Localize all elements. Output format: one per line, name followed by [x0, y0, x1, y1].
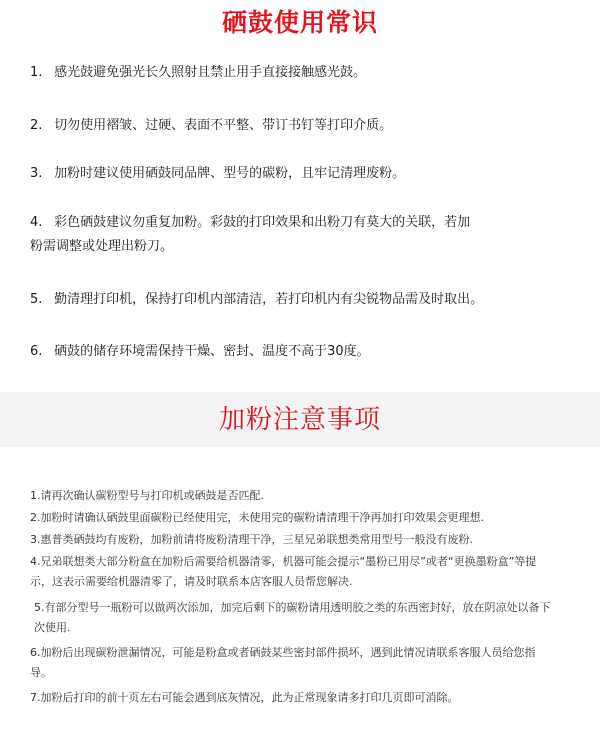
item-text: 切勿使用褶皱、过硬、表面不平整、带订书钉等打印介质。	[54, 118, 392, 133]
item-number: 6.	[30, 341, 50, 363]
list-item: 4. 彩色硒鼓建议勿重复加粉。彩鼓的打印效果和出粉刀有莫大的关联，若加 粉需调整…	[30, 212, 570, 258]
item-text: 彩色硒鼓建议勿重复加粉。彩鼓的打印效果和出粉刀有莫大的关联，若加	[54, 215, 470, 230]
item-text: 加粉时建议使用硒鼓同品牌、型号的碳粉，且牢记清理废粉。	[54, 166, 405, 181]
list-item: 6. 硒鼓的储存环境需保持干燥、密封、温度不高于30度。	[30, 341, 570, 363]
list-item: 5. 勤清理打印机，保持打印机内部清洁，若打印机内有尖锐物品需及时取出。	[30, 289, 570, 311]
list-item: 2. 切勿使用褶皱、过硬、表面不平整、带订书钉等打印介质。	[30, 115, 570, 137]
list-item: 4.兄弟联想类大部分粉盒在加粉后需要给机器清零，机器可能会提示“墨粉已用尽”或者…	[30, 552, 555, 592]
item-number: 1.	[30, 62, 50, 84]
section-title-refill-notes: 加粉注意事项	[0, 402, 600, 438]
section-title-drum-usage: 硒鼓使用常识	[0, 6, 600, 40]
list-item: 5.有部分型号一瓶粉可以做两次添加，加完后剩下的碳粉请用透明胶之类的东西密封好，…	[34, 598, 559, 638]
item-text: 硒鼓的储存环境需保持干燥、密封、温度不高于30度。	[54, 344, 370, 359]
item-number: 3.	[30, 163, 50, 185]
list-item: 6.加粉后出现碳粉泄漏情况，可能是粉盒或者硒鼓某些密封部件损坏，遇到此情况请联系…	[30, 643, 555, 683]
item-text-continued: 粉需调整或处理出粉刀。	[30, 236, 570, 258]
item-number: 2.	[30, 115, 50, 137]
list-item: 7.加粉后打印的前十页左右可能会遇到底灰情况，此为正常现象请多打印几页即可消除。	[30, 688, 555, 708]
item-number: 5.	[30, 289, 50, 311]
item-text: 勤清理打印机，保持打印机内部清洁，若打印机内有尖锐物品需及时取出。	[54, 292, 483, 307]
list-item: 1. 感光鼓避免强光长久照射且禁止用手直接接触感光鼓。	[30, 62, 570, 84]
item-text: 感光鼓避免强光长久照射且禁止用手直接接触感光鼓。	[54, 65, 366, 80]
list-item: 3.惠普类硒鼓均有废粉，加粉前请将废粉清理干净，三星兄弟联想类常用型号一般没有废…	[30, 530, 555, 550]
list-item: 1.请再次确认碳粉型号与打印机或硒鼓是否匹配.	[30, 486, 555, 506]
list-item: 3. 加粉时建议使用硒鼓同品牌、型号的碳粉，且牢记清理废粉。	[30, 163, 570, 185]
list-item: 2.加粉时请确认硒鼓里面碳粉已经使用完，未使用完的碳粉请清理干净再加打印效果会更…	[30, 508, 555, 528]
item-number: 4.	[30, 212, 50, 234]
